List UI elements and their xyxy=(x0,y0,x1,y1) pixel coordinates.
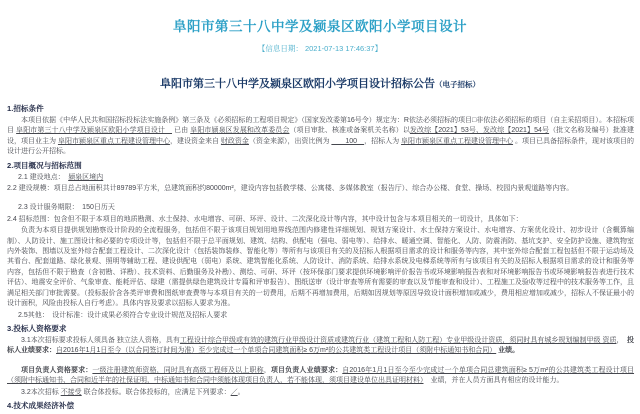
underlined-field-value: 不接受 xyxy=(61,389,82,396)
section-1-heading: 1.招标条件 xyxy=(7,103,634,114)
info-date: 【信息日期： 2021-07-13 17:46:37】 xyxy=(0,43,640,54)
underlined-field-value: 阜阳市颍泉区重点工程建设管理中心 xyxy=(401,138,513,145)
underlined-field-value: ／ xyxy=(231,389,238,396)
section-2-heading: 2.项目概况与招标范围 xyxy=(7,160,634,171)
underlined-field-value: 工程设计综合甲级或有效的建筑行业甲级设计资质或建筑行业（建筑工程和人防工程）专业… xyxy=(180,337,617,344)
text-segment: 联合体投标。联合体投标的，应满足下列要求： xyxy=(82,389,231,396)
notice-title: 阜阳市第三十八中学及颍泉区欧阳小学项目设计招标公告（电子招标） xyxy=(0,75,640,91)
text-segment: ，建设资金来自 xyxy=(170,138,221,145)
tender-conditions-paragraph: 本项目依据《中华人民共和国招标投标法实施条例》第三条及《必须招标的工程项目规定》… xyxy=(7,116,634,158)
text-segment: ， xyxy=(264,367,271,374)
underlined-field-value: 颍泉区境内 xyxy=(68,174,103,181)
tender-scope-detail-paragraph: 负责为本项目提供规划勘察设计阶段的全流程服务，包括但不限于该项目规划用地界线范围… xyxy=(7,226,634,309)
notice-title-suffix: （电子招标） xyxy=(435,80,480,89)
underlined-field-value: 阜阳市颍泉区发展和改革委员会 xyxy=(190,127,289,134)
tender-scope-item: 2.4 招标范围：包含但不限于本项目的地质勘测、水土保持、水电增容、可研、环评、… xyxy=(7,215,634,225)
underlined-field-value: 一级注册建筑师资格，同时具有高级工程师及以上职称 xyxy=(92,367,263,374)
text-segment: 项目负责人资格要求： xyxy=(21,367,92,374)
notice-title-text: 阜阳市第三十八中学及颍泉区欧阳小学项目设计招标公告 xyxy=(160,78,435,90)
text-segment: （资金来源），出资比例为 xyxy=(249,138,331,145)
construction-site-item: 2.1 建设地点： 颍泉区境内 xyxy=(7,173,634,183)
text-segment: 2.5其他： 设计标准：设计成果必须符合专业设计规范及招标人要求 xyxy=(18,312,227,319)
text-segment: 2.1 建设地点： xyxy=(18,174,68,181)
page-title: 阜阳市第三十八中学及颍泉区欧阳小学项目设计 xyxy=(0,0,640,35)
section-3-heading: 3.投标人资格要求 xyxy=(7,323,634,334)
underlined-field-value: 100 xyxy=(331,138,364,145)
underlined-field-value: 自2016年1月1日至今（以合同签订时间为准）至少完成过一个单项合同建筑面积≥ … xyxy=(56,347,496,354)
underlined-field-value: 阜阳市第三十八中学及颍泉区欧阳小学项目设计 xyxy=(16,127,172,134)
text-segment: ，招标人为 xyxy=(364,138,401,145)
bidder-qualification-paragraph: 3.1本次招标要求投标人须具备 独立法人资格，具有工程设计综合甲级或有效的建筑行… xyxy=(7,336,634,357)
section-4-heading: 4.技术成果经济补偿 xyxy=(7,400,634,411)
text-segment: 已由 xyxy=(172,127,190,134)
underlined-field-value: 财政资金 xyxy=(221,138,249,145)
text-segment: 。 xyxy=(238,389,245,396)
other-standards-item: 2.5其他： 设计标准：设计成果必须符合专业设计规范及招标人要求 xyxy=(7,311,634,321)
underlined-field-value: 发改综【2021】53号、发改综【2021】54号 xyxy=(410,127,549,134)
text-segment: （项目审批、核准或备案机关名称）以 xyxy=(289,127,409,134)
underlined-field-value: 阜阳市颍泉区重点工程建设管理中心 xyxy=(58,138,170,145)
text-segment: 3.2本次招标 xyxy=(21,389,61,396)
text-segment: 2.2 建设规模：项目总占地面积共计89789平方米，总建筑面积约80000m²… xyxy=(7,185,573,192)
design-period-item: 2.3 设计服务期限： 150日历天 xyxy=(7,203,634,213)
document-page: 阜阳市第三十八中学及颍泉区欧阳小学项目设计 【信息日期： 2021-07-13 … xyxy=(0,0,640,414)
consortium-item: 3.2本次招标 不接受 联合体投标。联合体投标的，应满足下列要求：／。 xyxy=(7,388,634,398)
text-segment: ， xyxy=(616,337,627,344)
text-segment: 2.3 设计服务期限： 150日历天 xyxy=(18,204,115,211)
construction-scale-item: 2.2 建设规模：项目总占地面积共计89789平方米，总建筑面积约80000m²… xyxy=(7,184,634,194)
text-segment: 业绩，并在人员方面具有相应的设计能力。 xyxy=(424,377,564,384)
text-segment: 负责为本项目提供规划勘察设计阶段的全流程服务，包括但不限于该项目规划用地界线范围… xyxy=(7,227,634,307)
text-segment: 3.1本次招标要求投标人须具备 独立法人资格，具有 xyxy=(21,337,180,344)
text-segment: 2.4 招标范围：包含但不限于本项目的地质勘测、水土保持、水电增容、可研、环评、… xyxy=(7,216,523,223)
project-leader-requirement-paragraph: 项目负责人资格要求：一级注册建筑师资格，同时具有高级工程师及以上职称，项目负责人… xyxy=(7,366,634,387)
document-body: 1.招标条件 本项目依据《中华人民共和国招标投标法实施条例》第三条及《必须招标的… xyxy=(0,91,640,411)
text-segment: 项目负责人业绩要求： xyxy=(271,367,342,374)
text-segment: 业绩。 xyxy=(496,347,519,354)
